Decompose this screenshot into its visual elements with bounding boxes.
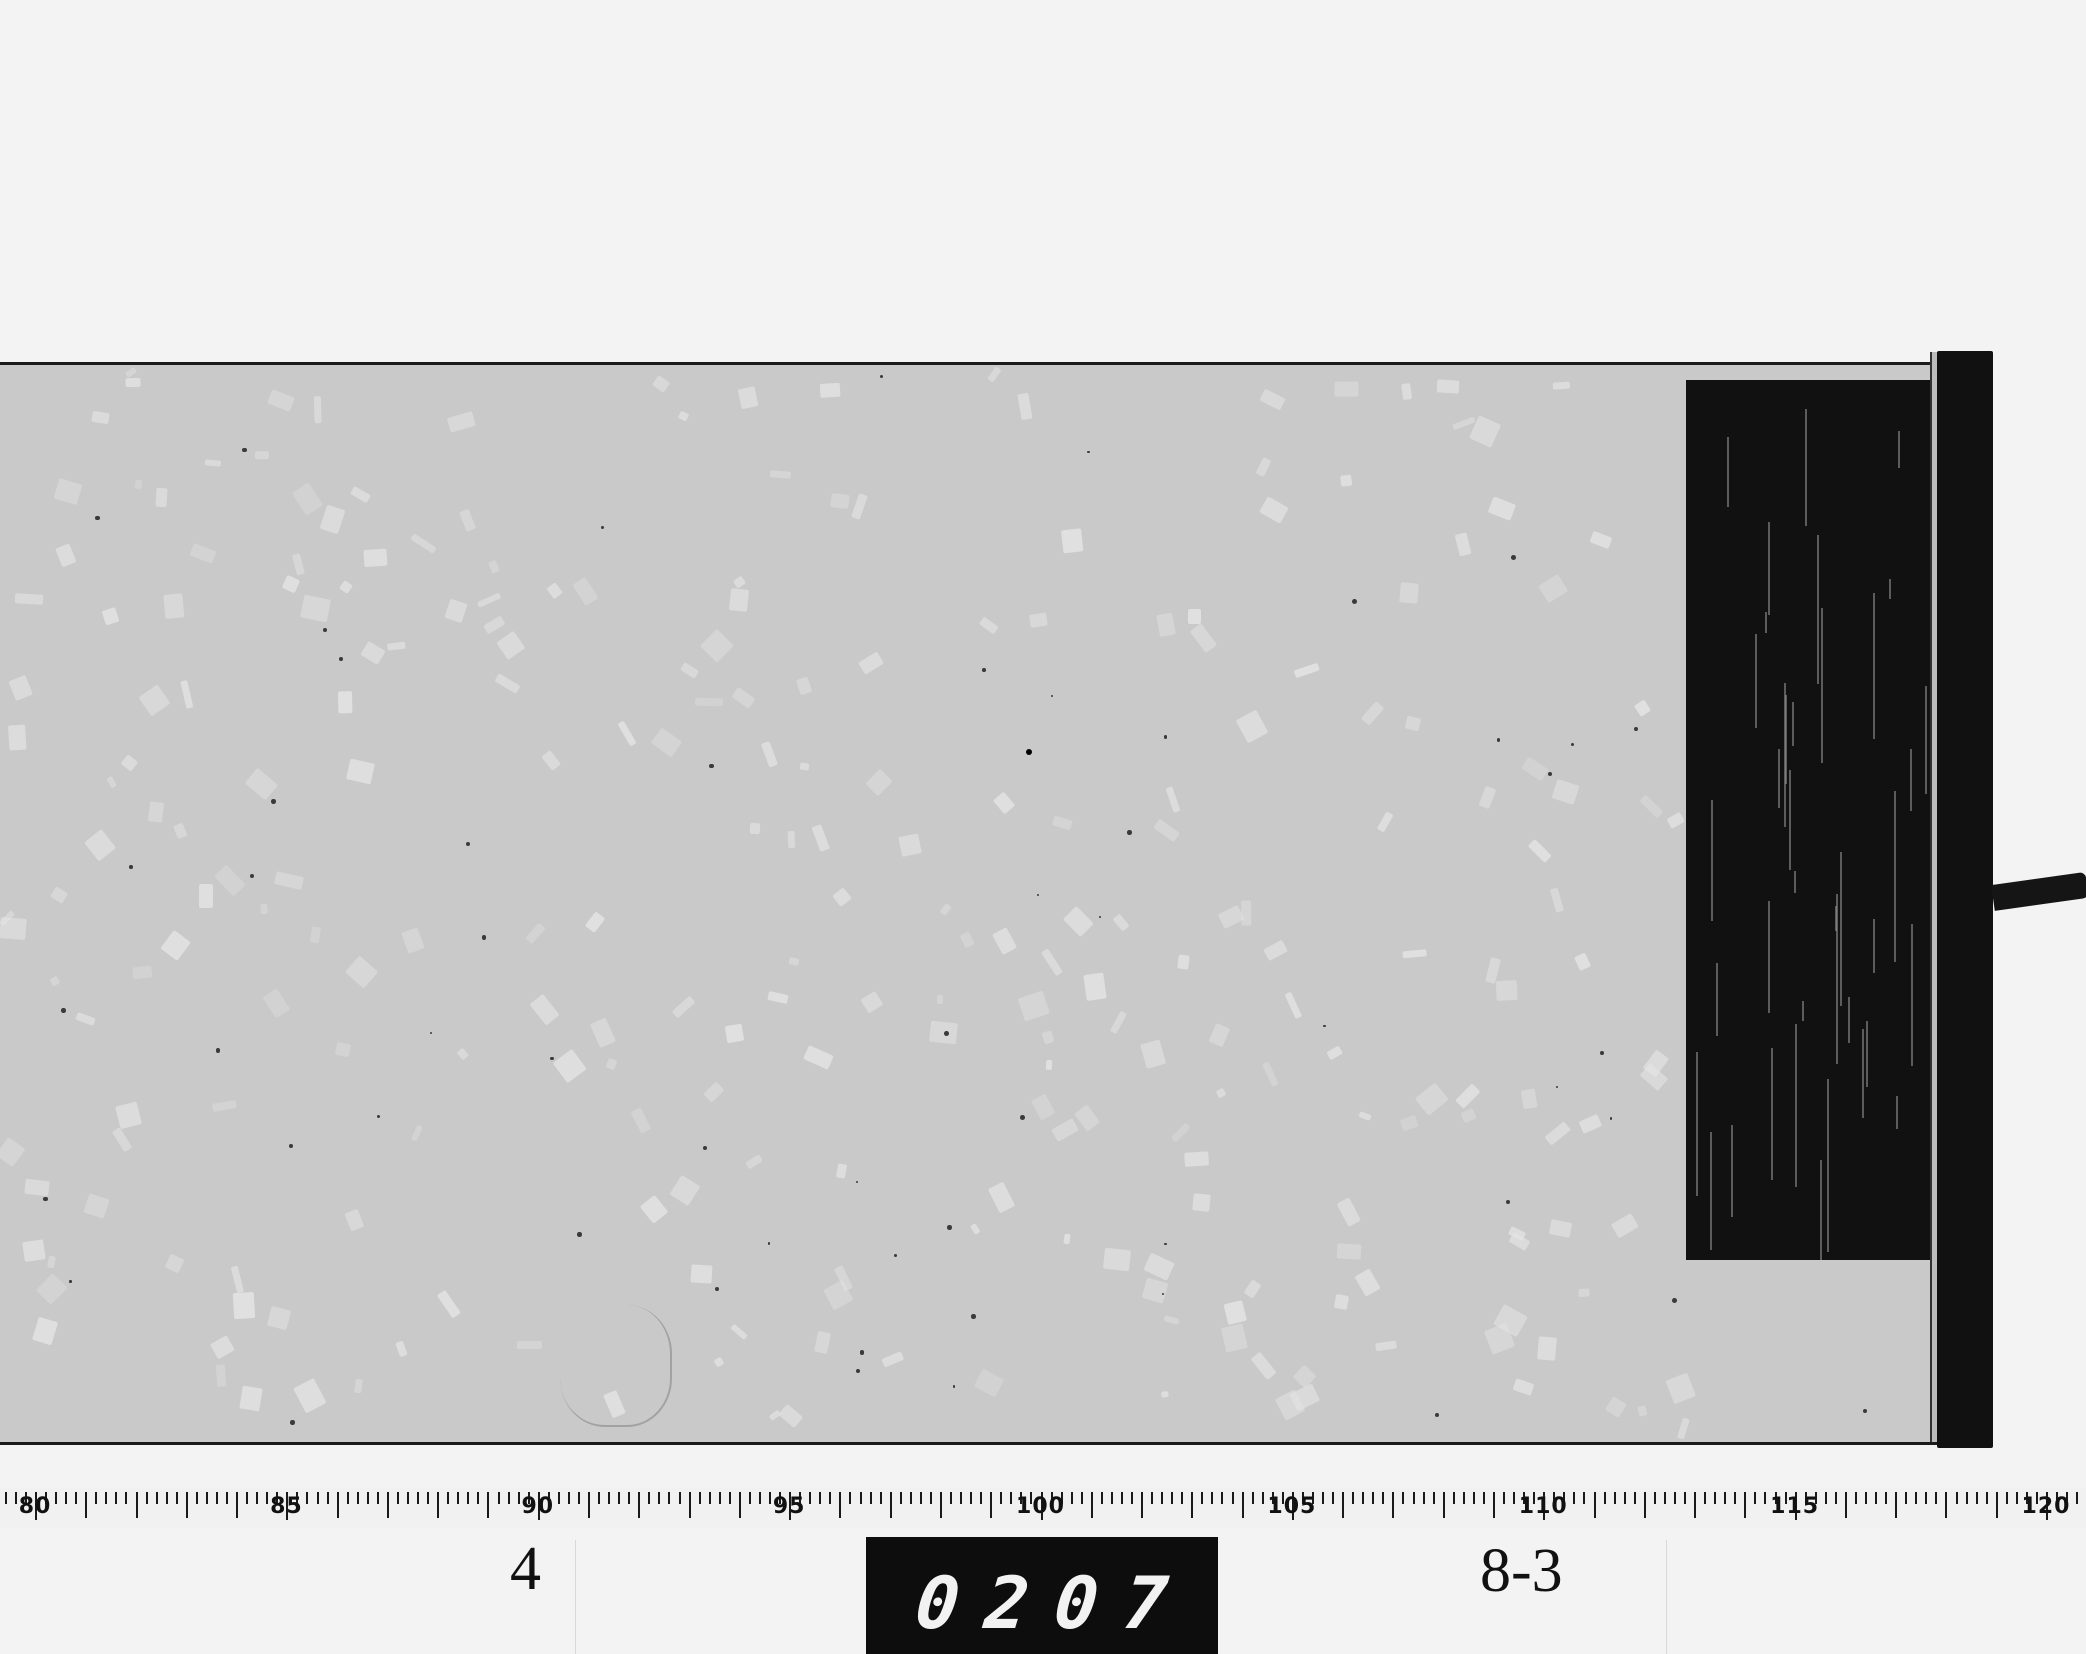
ruler-tick	[860, 1492, 862, 1504]
ruler-tick	[156, 1492, 158, 1504]
item-code-label: 8-3	[1480, 1540, 1563, 1602]
ruler-tick	[1252, 1492, 1254, 1504]
label-card-right	[1290, 1540, 1667, 1654]
ruler-tick	[588, 1492, 590, 1518]
ruler-tick	[1966, 1492, 1968, 1504]
ruler-tick	[1433, 1492, 1435, 1504]
ruler-tick	[1352, 1492, 1354, 1504]
ruler-tick	[1915, 1492, 1917, 1504]
ruler-tick	[1443, 1492, 1445, 1518]
tie-cord	[1991, 872, 2086, 911]
ruler-tick	[1322, 1492, 1324, 1504]
ruler-tick	[970, 1492, 972, 1504]
ruler-tick	[1513, 1492, 1515, 1504]
ruler-tick	[598, 1492, 600, 1504]
ruler-tick	[910, 1492, 912, 1504]
ruler-tick	[960, 1492, 962, 1504]
ruler-tick	[1121, 1492, 1123, 1504]
ruler-tick	[1191, 1492, 1193, 1518]
ruler-tick	[85, 1492, 87, 1518]
volume-number-label: 4	[510, 1538, 541, 1600]
ruler-tick	[1111, 1492, 1113, 1504]
ruler-label: 85	[270, 1494, 303, 1519]
ruler-tick	[1262, 1492, 1264, 1504]
ruler-tick	[387, 1492, 389, 1518]
ruler-label: 100	[1016, 1494, 1065, 1519]
ruler-tick	[1644, 1492, 1646, 1518]
ruler-tick	[417, 1492, 419, 1504]
ruler-tick	[608, 1492, 610, 1504]
ruler-tick	[679, 1492, 681, 1504]
ruler-tick	[1071, 1492, 1073, 1504]
ruler-tick	[1654, 1492, 1656, 1504]
ruler-tick	[618, 1492, 620, 1504]
ruler-tick	[236, 1492, 238, 1518]
ruler-tick	[457, 1492, 459, 1504]
ruler-tick	[1101, 1492, 1103, 1504]
measuring-ruler: 80859095100105110115120	[0, 1488, 2086, 1528]
ruler-tick	[377, 1492, 379, 1504]
ruler-tick	[759, 1492, 761, 1504]
label-card-left	[0, 1540, 576, 1654]
ruler-label: 115	[1770, 1494, 1819, 1519]
ruler-tick	[1000, 1492, 1002, 1504]
ruler-tick	[1905, 1492, 1907, 1504]
ruler-tick	[1573, 1492, 1575, 1504]
ruler-tick	[1503, 1492, 1505, 1504]
ruler-tick	[1704, 1492, 1706, 1504]
ruler-tick	[136, 1492, 138, 1518]
ruler-tick	[2006, 1492, 2008, 1504]
ruler-tick	[437, 1492, 439, 1518]
ruler-tick	[638, 1492, 640, 1518]
ruler-tick	[226, 1492, 228, 1504]
ruler-tick	[1141, 1492, 1143, 1518]
ruler-tick	[1382, 1492, 1384, 1504]
ruler-tick	[1614, 1492, 1616, 1504]
ruler-tick	[1664, 1492, 1666, 1504]
ruler-tick	[1201, 1492, 1203, 1504]
ruler-tick	[2016, 1492, 2018, 1504]
ruler-tick	[1684, 1492, 1686, 1504]
ruler-label: 95	[773, 1494, 806, 1519]
ruler-label: 120	[2022, 1494, 2071, 1519]
ruler-tick	[146, 1492, 148, 1504]
ruler-tick	[166, 1492, 168, 1504]
ruler-tick	[407, 1492, 409, 1504]
paper-texture	[0, 365, 1940, 1442]
ruler-tick	[1342, 1492, 1344, 1518]
ruler-tick	[1865, 1492, 1867, 1504]
title-strip	[1686, 380, 1936, 1260]
ruler-tick	[1463, 1492, 1465, 1504]
ruler-tick	[125, 1492, 127, 1504]
ruler-tick	[1945, 1492, 1947, 1518]
ruler-tick	[1764, 1492, 1766, 1504]
ruler-tick	[306, 1492, 308, 1504]
ruler-tick	[668, 1492, 670, 1504]
frame-counter-digits: 0207	[886, 1561, 1198, 1645]
ruler-tick	[357, 1492, 359, 1504]
ruler-tick	[1332, 1492, 1334, 1504]
ruler-tick	[95, 1492, 97, 1504]
ruler-tick	[1885, 1492, 1887, 1504]
ruler-tick	[206, 1492, 208, 1504]
ruler-tick	[196, 1492, 198, 1504]
ruler-tick	[1594, 1492, 1596, 1518]
ruler-tick	[558, 1492, 560, 1504]
ruler-tick	[246, 1492, 248, 1504]
ruler-tick	[1724, 1492, 1726, 1504]
ruler-tick	[467, 1492, 469, 1504]
ruler-tick	[1694, 1492, 1696, 1518]
ruler-label: 80	[19, 1494, 52, 1519]
ruler-tick	[186, 1492, 188, 1518]
ruler-tick	[628, 1492, 630, 1504]
ruler-tick	[709, 1492, 711, 1504]
ruler-tick	[266, 1492, 268, 1504]
ruler-tick	[658, 1492, 660, 1504]
ruler-tick	[819, 1492, 821, 1504]
ruler-tick	[1855, 1492, 1857, 1504]
ruler-tick	[1232, 1492, 1234, 1504]
ruler-tick	[689, 1492, 691, 1518]
ruler-tick	[15, 1492, 17, 1504]
ruler-tick	[1221, 1492, 1223, 1504]
ruler-tick	[397, 1492, 399, 1504]
photo-background: 80859095100105110115120 4 0207 8-3	[0, 0, 2086, 1654]
ruler-tick	[65, 1492, 67, 1504]
ruler-tick	[1151, 1492, 1153, 1504]
ruler-tick	[900, 1492, 902, 1504]
ruler-tick	[1996, 1492, 1998, 1518]
ruler-tick	[930, 1492, 932, 1504]
ruler-tick	[880, 1492, 882, 1504]
ruler-tick	[176, 1492, 178, 1504]
scroll-paper	[0, 362, 1940, 1445]
ruler-tick	[487, 1492, 489, 1518]
ruler-tick	[940, 1492, 942, 1518]
ruler-tick	[518, 1492, 520, 1504]
frame-counter: 0207	[866, 1537, 1218, 1654]
ruler-tick	[1171, 1492, 1173, 1504]
ruler-label: 110	[1519, 1494, 1568, 1519]
ruler-tick	[1956, 1492, 1958, 1504]
ruler-tick	[1895, 1492, 1897, 1518]
ruler-tick	[1825, 1492, 1827, 1504]
ruler-tick	[105, 1492, 107, 1504]
ruler-tick	[990, 1492, 992, 1518]
ruler-tick	[1392, 1492, 1394, 1518]
ruler-tick	[809, 1492, 811, 1504]
ruler-tick	[1493, 1492, 1495, 1518]
ruler-tick	[327, 1492, 329, 1504]
ruler-tick	[950, 1492, 952, 1504]
ruler-tick	[739, 1492, 741, 1518]
roller-rod	[1937, 351, 1993, 1448]
ruler-tick	[256, 1492, 258, 1504]
ruler-tick	[1604, 1492, 1606, 1504]
ruler-tick	[1362, 1492, 1364, 1504]
ruler-tick	[1010, 1492, 1012, 1504]
ruler-tick	[980, 1492, 982, 1504]
ruler-tick	[1402, 1492, 1404, 1504]
ruler-tick	[317, 1492, 319, 1504]
ruler-tick	[1835, 1492, 1837, 1504]
ruler-tick	[1624, 1492, 1626, 1504]
ruler-label: 105	[1267, 1494, 1316, 1519]
ruler-tick	[1634, 1492, 1636, 1504]
ruler-tick	[1583, 1492, 1585, 1504]
ruler-tick	[1935, 1492, 1937, 1504]
ruler-tick	[337, 1492, 339, 1518]
ruler-tick	[1413, 1492, 1415, 1504]
ruler-tick	[367, 1492, 369, 1504]
ruler-tick	[719, 1492, 721, 1504]
ruler-tick	[1181, 1492, 1183, 1504]
ruler-tick	[1674, 1492, 1676, 1504]
ruler-tick	[1453, 1492, 1455, 1504]
ruler-tick	[55, 1492, 57, 1504]
ruler-tick	[216, 1492, 218, 1504]
ruler-tick	[1714, 1492, 1716, 1504]
ruler-tick	[115, 1492, 117, 1504]
ruler-tick	[568, 1492, 570, 1504]
ruler-tick	[890, 1492, 892, 1518]
ruler-tick	[578, 1492, 580, 1504]
ruler-tick	[347, 1492, 349, 1504]
ruler-tick	[1131, 1492, 1133, 1504]
ruler-tick	[769, 1492, 771, 1504]
ruler-tick	[648, 1492, 650, 1504]
ruler-tick	[1925, 1492, 1927, 1504]
ruler-label: 90	[521, 1494, 554, 1519]
ruler-tick	[1754, 1492, 1756, 1504]
ruler-tick	[729, 1492, 731, 1504]
ruler-tick	[508, 1492, 510, 1504]
ruler-tick	[839, 1492, 841, 1518]
ruler-tick	[1875, 1492, 1877, 1504]
ruler-tick	[1986, 1492, 1988, 1504]
ruler-tick	[75, 1492, 77, 1504]
ruler-tick	[477, 1492, 479, 1504]
ruler-tick	[1242, 1492, 1244, 1518]
ruler-tick	[699, 1492, 701, 1504]
ruler-tick	[498, 1492, 500, 1504]
ruler-tick	[1091, 1492, 1093, 1518]
ruler-tick	[1423, 1492, 1425, 1504]
ruler-tick	[1976, 1492, 1978, 1504]
ruler-tick	[2076, 1492, 2078, 1504]
ruler-tick	[1744, 1492, 1746, 1518]
ruler-tick	[1081, 1492, 1083, 1504]
ruler-tick	[870, 1492, 872, 1504]
ruler-tick	[749, 1492, 751, 1504]
ruler-tick	[427, 1492, 429, 1504]
ruler-tick	[447, 1492, 449, 1504]
ruler-tick	[1845, 1492, 1847, 1518]
ruler-tick	[1372, 1492, 1374, 1504]
ruler-tick	[5, 1492, 7, 1504]
ruler-tick	[1161, 1492, 1163, 1504]
ruler-tick	[920, 1492, 922, 1504]
ruler-tick	[1211, 1492, 1213, 1504]
ruler-tick	[1734, 1492, 1736, 1504]
ruler-tick	[1483, 1492, 1485, 1504]
ruler-tick	[1473, 1492, 1475, 1504]
ruler-tick	[849, 1492, 851, 1504]
ruler-tick	[829, 1492, 831, 1504]
